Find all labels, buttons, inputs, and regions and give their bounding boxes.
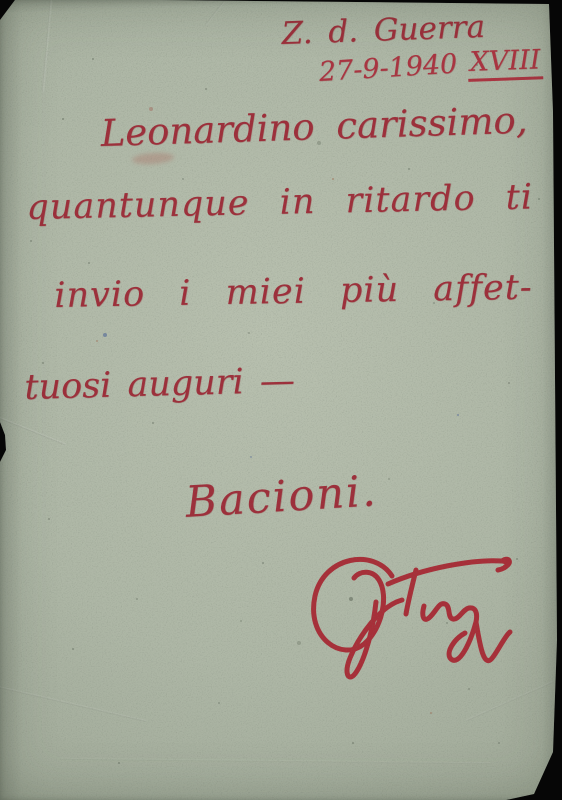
header-date-line: 27-9-1940XVIII: [318, 43, 543, 92]
crease-top-edge: [205, 1, 225, 26]
crease-left-notch: [0, 417, 66, 446]
signature-loop: [314, 559, 392, 650]
crease-bottom: [60, 758, 490, 765]
scanned-postcard: Z. d. Guerra 27-9-1940XVIII Leonardino c…: [0, 0, 562, 800]
signature-top-bar: [388, 559, 509, 584]
body-line-3: tuosi auguri —: [24, 361, 295, 408]
salutation-line: Leonardino carissimo,: [100, 99, 528, 155]
body-line-1: quantunque in ritardo ti: [26, 177, 533, 228]
crease-top-left: [42, 0, 53, 92]
header-location-line: Z. d. Guerra: [281, 9, 486, 52]
postcard-paper: Z. d. Guerra 27-9-1940XVIII Leonardino c…: [0, 0, 562, 800]
signature-descender: [347, 600, 402, 677]
paper-colored-specks: [0, 0, 2, 2]
body-line-2: invio i miei più affet-: [54, 268, 533, 316]
signature-tail: [423, 604, 510, 661]
closing-line: Bacioni.: [184, 466, 379, 528]
signature-flourish: [296, 544, 536, 694]
date-text: 27-9-1940: [318, 49, 458, 88]
crease-bottom-left: [0, 684, 146, 722]
era-numeral: XVIII: [467, 44, 543, 82]
paper-specks: [0, 0, 2, 2]
